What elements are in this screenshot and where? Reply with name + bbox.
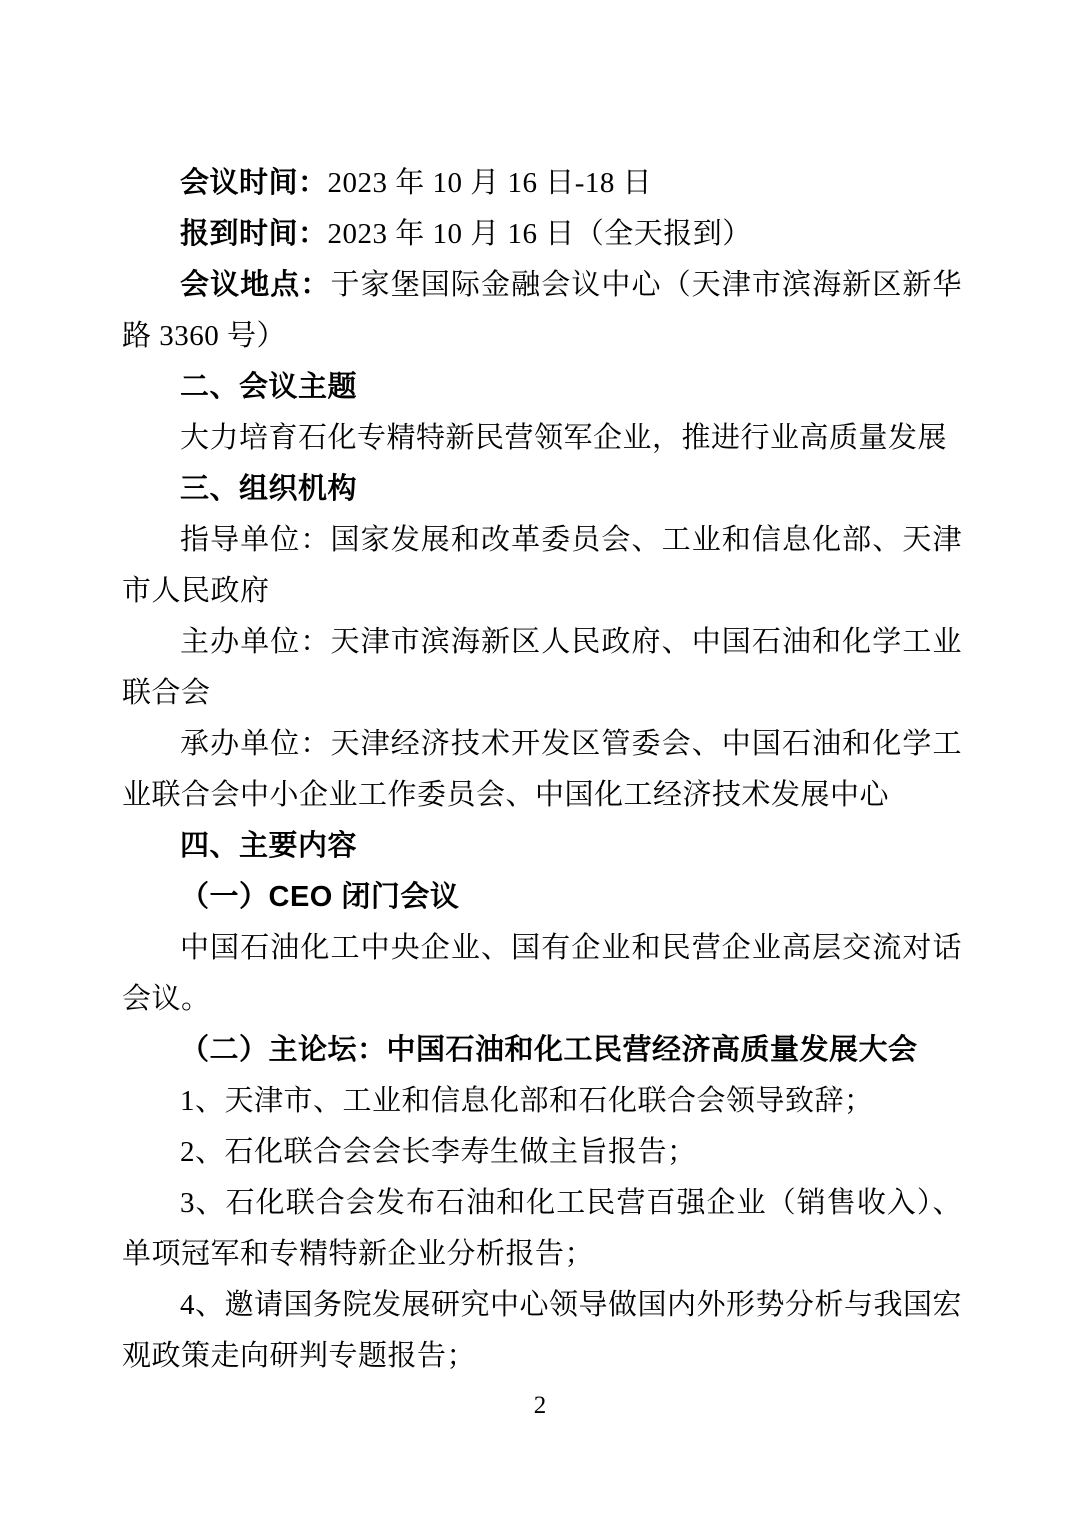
page-number: 2	[534, 1392, 547, 1419]
para-organizer-unit: 承办单位：天津经济技术开发区管委会、中国石油和化学工业联合会中小企业工作委员会、…	[122, 719, 962, 821]
meeting-time-value: 2023 年 10 月 16 日-18 日	[328, 167, 653, 199]
meeting-location-label: 会议地点：	[180, 269, 331, 301]
para-host-unit: 主办单位：天津市滨海新区人民政府、中国石油和化学工业联合会	[122, 617, 962, 719]
para-agenda-2: 2、石化联合会会长李寿生做主旨报告；	[122, 1127, 962, 1178]
para-meeting-time: 会议时间：2023 年 10 月 16 日-18 日	[122, 158, 962, 209]
heading-section-2-theme: 二、会议主题	[122, 362, 962, 413]
meeting-time-label: 会议时间：	[180, 167, 328, 199]
para-agenda-3: 3、石化联合会发布石油和化工民营百强企业（销售收入）、单项冠军和专精特新企业分析…	[122, 1178, 962, 1280]
para-meeting-location: 会议地点：于家堡国际金融会议中心（天津市滨海新区新华路 3360 号）	[122, 260, 962, 362]
para-agenda-1: 1、天津市、工业和信息化部和石化联合会领导致辞；	[122, 1076, 962, 1127]
para-checkin-time: 报到时间：2023 年 10 月 16 日（全天报到）	[122, 209, 962, 260]
heading-section-4-main-content: 四、主要内容	[122, 821, 962, 872]
page-footer: 2	[0, 1392, 1080, 1420]
checkin-time-label: 报到时间：	[180, 218, 328, 250]
document-page: 会议时间：2023 年 10 月 16 日-18 日 报到时间：2023 年 1…	[0, 0, 1080, 1527]
heading-item-2-main-forum: （二）主论坛：中国石油和化工民营经济高质量发展大会	[122, 1025, 962, 1076]
para-guidance-unit: 指导单位：国家发展和改革委员会、工业和信息化部、天津市人民政府	[122, 515, 962, 617]
document-body: 会议时间：2023 年 10 月 16 日-18 日 报到时间：2023 年 1…	[122, 158, 962, 1382]
para-agenda-4: 4、邀请国务院发展研究中心领导做国内外形势分析与我国宏观政策走向研判专题报告；	[122, 1280, 962, 1382]
checkin-time-value: 2023 年 10 月 16 日（全天报到）	[328, 218, 752, 250]
para-ceo-meeting-desc: 中国石油化工中央企业、国有企业和民营企业高层交流对话会议。	[122, 923, 962, 1025]
heading-item-1-ceo-meeting: （一）CEO 闭门会议	[122, 872, 962, 923]
heading-section-3-organization: 三、组织机构	[122, 464, 962, 515]
para-theme-text: 大力培育石化专精特新民营领军企业，推进行业高质量发展	[122, 413, 962, 464]
